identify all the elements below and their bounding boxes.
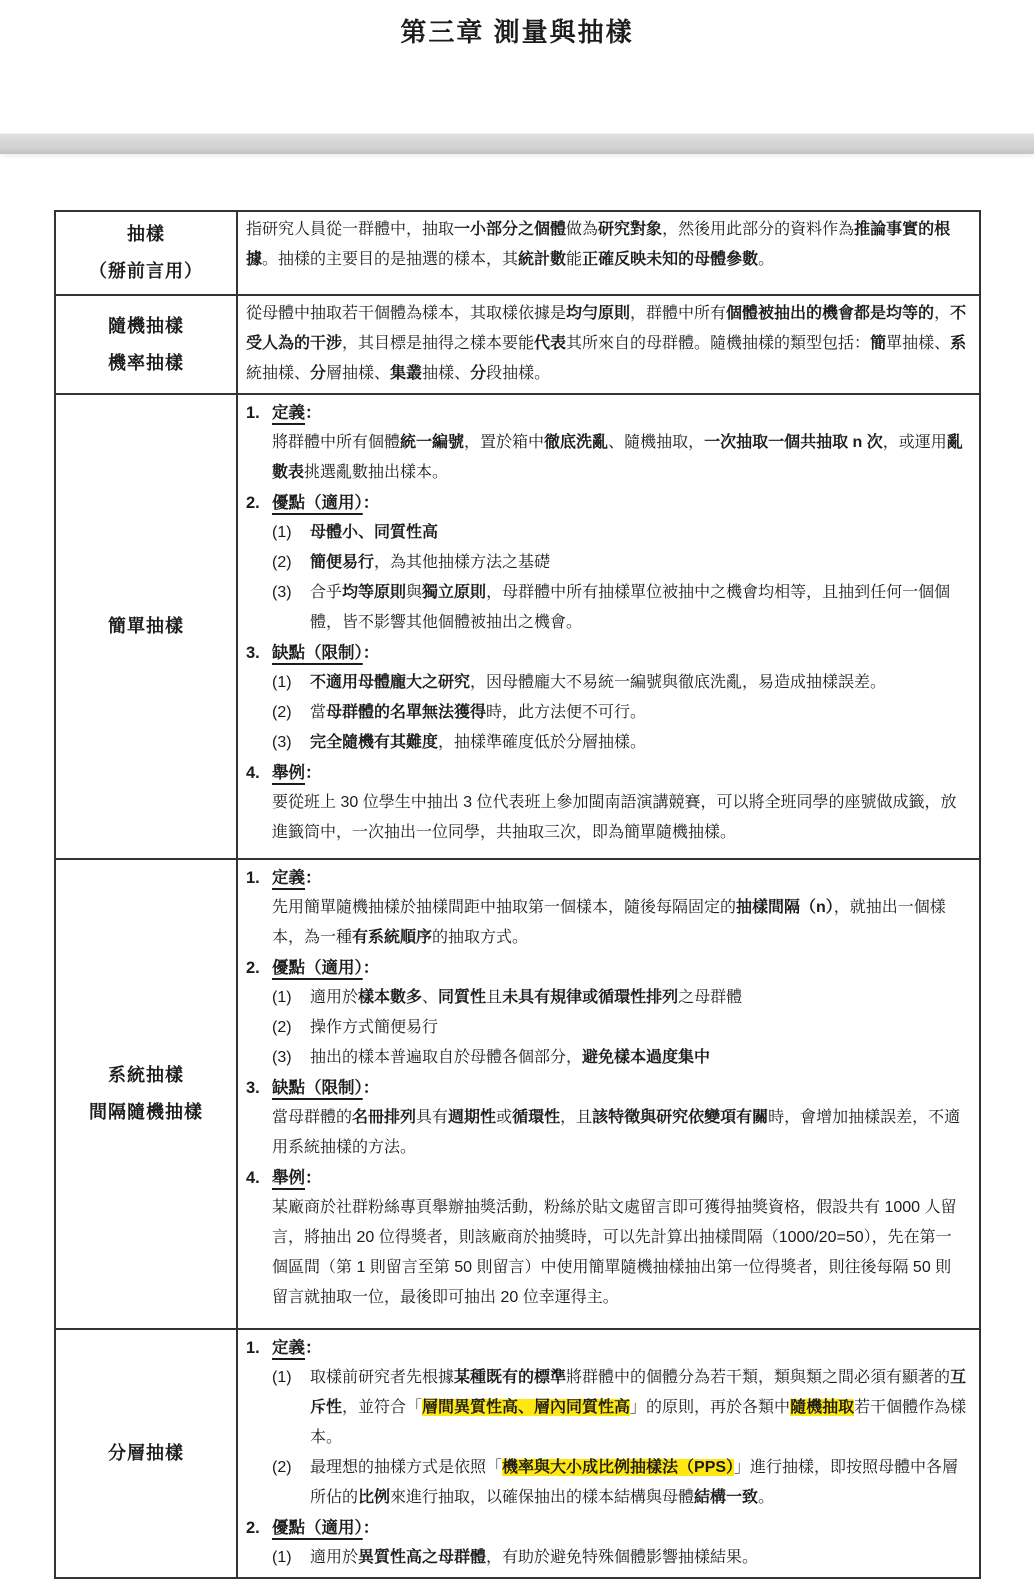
row-label: 分層抽樣 (56, 1330, 238, 1577)
block-heading: 1.定義： (246, 1333, 967, 1363)
block-text: 定義： (272, 1333, 967, 1363)
text-segment: 統一編號 (400, 434, 464, 451)
text-segment: ： (305, 764, 322, 782)
text-segment: 比例 (358, 1489, 390, 1506)
row-label: 抽樣（掰前言用） (56, 212, 238, 294)
block-heading: 4.舉例： (246, 1163, 967, 1193)
text-segment: 系 (950, 335, 966, 352)
text-segment: 分 (310, 365, 326, 382)
block-text: 指研究人員從一群體中，抽取一小部分之個體做為研究對象，然後用此部分的資料作為推論… (246, 215, 967, 275)
text-segment: 同質性 (438, 989, 486, 1006)
block-item: (3)抽出的樣本普遍取自於母體各個部分，避免樣本過度集中 (246, 1043, 967, 1073)
block-p0: 從母體中抽取若干個體為樣本，其取樣依據是均勻原則，群體中所有個體被抽出的機會都是… (246, 299, 967, 389)
text-segment: ，其目標是抽得之樣本要能 (342, 335, 534, 352)
block-number: 2. (246, 1513, 272, 1543)
block-item: (2)最理想的抽樣方式是依照「機率與大小成比例抽樣法（PPS）」進行抽樣，即按照… (246, 1453, 967, 1513)
text-segment: ，為其他抽樣方法之基礎 (374, 554, 550, 571)
text-segment: 要從班上 30 位學生中抽出 3 位代表班上參加閩南語演講競賽，可以將全班同學的… (272, 794, 956, 841)
block-heading: 4.舉例： (246, 758, 967, 788)
text-segment: 母體小、同質性高 (310, 524, 438, 541)
text-segment: 母群體的名單無法獲得 (326, 704, 486, 721)
text-segment: 適用於 (310, 989, 358, 1006)
block-number: (2) (272, 1013, 310, 1043)
text-segment: 當 (310, 704, 326, 721)
text-segment: 正確反映未知的母體參數 (582, 251, 758, 268)
row-content: 指研究人員從一群體中，抽取一小部分之個體做為研究對象，然後用此部分的資料作為推論… (238, 212, 979, 294)
text-segment: 舉例 (272, 1169, 305, 1187)
text-segment: 挑選亂數抽出樣本。 (304, 464, 448, 481)
block-number: 4. (246, 758, 272, 788)
block-text: 定義： (272, 398, 967, 428)
text-segment: 段抽樣。 (486, 365, 550, 382)
block-text: 優點（適用）： (272, 953, 967, 983)
text-segment: ，因母體龐大不易統一編號與徹底洗亂，易造成抽樣誤差。 (470, 674, 886, 691)
text-segment: 。 (758, 1489, 774, 1506)
text-segment: 個體被抽出的機會都是均等的 (726, 305, 934, 322)
row-label-line: 間隔隨機抽樣 (89, 1094, 203, 1131)
block-text: 從母體中抽取若干個體為樣本，其取樣依據是均勻原則，群體中所有個體被抽出的機會都是… (246, 299, 967, 389)
text-segment: 取樣前研究者先根據 (310, 1369, 454, 1386)
text-segment: 一次抽取一個共抽取 n 次 (704, 434, 883, 451)
text-segment: 做為 (566, 221, 598, 238)
text-segment: 層間異質性高、層內同質性高 (422, 1399, 630, 1416)
text-segment: 具有 (416, 1109, 448, 1126)
block-number: 3. (246, 1073, 272, 1103)
text-segment: ，或運用 (883, 434, 947, 451)
text-segment: 」的原則，再於各類中 (630, 1399, 790, 1416)
text-segment: 代表 (534, 335, 566, 352)
block-text: 抽出的樣本普遍取自於母體各個部分，避免樣本過度集中 (310, 1043, 967, 1073)
block-p: 要從班上 30 位學生中抽出 3 位代表班上參加閩南語演講競賽，可以將全班同學的… (246, 788, 967, 848)
table-row: 抽樣（掰前言用）指研究人員從一群體中，抽取一小部分之個體做為研究對象，然後用此部… (56, 212, 979, 296)
text-segment: 徹底洗亂 (544, 434, 608, 451)
text-segment: ： (305, 404, 322, 422)
block-heading: 2.優點（適用）： (246, 953, 967, 983)
text-segment: ， (934, 305, 950, 322)
block-number: (3) (272, 728, 310, 758)
text-segment: ，抽樣準確度低於分層抽樣。 (438, 734, 646, 751)
row-label: 簡單抽樣 (56, 395, 238, 858)
text-segment: 其所來自的母群體。隨機抽樣的類型包括： (566, 335, 870, 352)
text-segment: 將群體中的個體分為若干類，類與類之間必須有顯著的 (566, 1369, 950, 1386)
text-segment: 獨立原則 (422, 584, 486, 601)
block-text: 完全隨機有其難度，抽樣準確度低於分層抽樣。 (310, 728, 967, 758)
block-p0: 指研究人員從一群體中，抽取一小部分之個體做為研究對象，然後用此部分的資料作為推論… (246, 215, 967, 275)
text-segment: 能 (566, 251, 582, 268)
text-segment: 當母群體的 (272, 1109, 352, 1126)
text-segment: 結構一致 (694, 1489, 758, 1506)
block-number: 3. (246, 638, 272, 668)
text-segment: 未具有規律或循環性排列 (502, 989, 678, 1006)
block-text: 當母群體的名單無法獲得時，此方法便不可行。 (310, 698, 967, 728)
text-segment: 優點（適用） (272, 494, 363, 512)
text-segment: 適用於 (310, 1549, 358, 1566)
text-segment: ，群體中所有 (630, 305, 726, 322)
block-text: 將群體中所有個體統一編號，置於箱中徹底洗亂、隨機抽取，一次抽取一個共抽取 n 次… (272, 428, 967, 488)
block-text: 缺點（限制）： (272, 638, 967, 668)
block-number: (1) (272, 1363, 310, 1393)
block-heading: 3.缺點（限制）： (246, 1073, 967, 1103)
row-label-line: 系統抽樣 (108, 1057, 184, 1094)
block-text: 取樣前研究者先根據某種既有的標準將群體中的個體分為若干類，類與類之間必須有顯著的… (310, 1363, 967, 1453)
text-segment: 缺點（限制） (272, 644, 363, 662)
text-segment: 與 (406, 584, 422, 601)
text-segment: 簡便易行 (310, 554, 374, 571)
text-segment: 最理想的抽樣方式是依照「 (310, 1459, 502, 1476)
block-text: 優點（適用）： (272, 1513, 967, 1543)
text-segment: 完全隨機有其難度 (310, 734, 438, 751)
text-segment: 舉例 (272, 764, 305, 782)
block-heading: 1.定義： (246, 863, 967, 893)
text-segment: 。 (758, 251, 774, 268)
text-segment: 不適用母體龐大之研究 (310, 674, 470, 691)
text-segment: ： (363, 959, 380, 977)
text-segment: 統計數 (518, 251, 566, 268)
table-row: 簡單抽樣1.定義：將群體中所有個體統一編號，置於箱中徹底洗亂、隨機抽取，一次抽取… (56, 395, 979, 860)
text-segment: 將群體中所有個體 (272, 434, 400, 451)
block-number: (2) (272, 698, 310, 728)
row-label: 系統抽樣間隔隨機抽樣 (56, 860, 238, 1328)
text-segment: 、 (422, 989, 438, 1006)
block-number: 1. (246, 1333, 272, 1363)
block-p: 當母群體的名冊排列具有週期性或循環性，且該特徵與研究依變項有關時，會增加抽樣誤差… (246, 1103, 967, 1163)
row-content: 1.定義：(1)取樣前研究者先根據某種既有的標準將群體中的個體分為若干類，類與類… (238, 1330, 979, 1577)
text-segment: 來進行抽取，以確保抽出的樣本結構與母體 (390, 1489, 694, 1506)
block-text: 簡便易行，為其他抽樣方法之基礎 (310, 548, 967, 578)
block-number: (2) (272, 1453, 310, 1483)
text-segment: 的抽取方式。 (432, 929, 528, 946)
text-segment: 抽樣、 (422, 365, 470, 382)
text-segment: 且 (486, 989, 502, 1006)
row-content: 從母體中抽取若干個體為樣本，其取樣依據是均勻原則，群體中所有個體被抽出的機會都是… (238, 296, 979, 393)
text-segment: 名冊排列 (352, 1109, 416, 1126)
block-number: (1) (272, 983, 310, 1013)
block-item: (1)不適用母體龐大之研究，因母體龐大不易統一編號與徹底洗亂，易造成抽樣誤差。 (246, 668, 967, 698)
text-segment: 單抽樣、 (886, 335, 950, 352)
block-number: (2) (272, 548, 310, 578)
text-segment: ，置於箱中 (464, 434, 544, 451)
block-text: 當母群體的名冊排列具有週期性或循環性，且該特徵與研究依變項有關時，會增加抽樣誤差… (272, 1103, 967, 1163)
block-text: 優點（適用）： (272, 488, 967, 518)
block-item: (1)適用於異質性高之母群體，有助於避免特殊個體影響抽樣結果。 (246, 1543, 967, 1573)
text-segment: 或 (496, 1109, 512, 1126)
text-segment: 隨機抽取 (790, 1399, 854, 1416)
row-content: 1.定義：先用簡單隨機抽樣於抽樣間距中抽取第一個樣本，隨後每隔固定的抽樣間隔（n… (238, 860, 979, 1328)
text-segment: 週期性 (448, 1109, 496, 1126)
text-segment: 定義 (272, 404, 305, 422)
text-segment: 合乎 (310, 584, 342, 601)
block-number: (1) (272, 668, 310, 698)
text-segment: 異質性高之母群體 (358, 1549, 486, 1566)
text-segment: 均勻原則 (566, 305, 630, 322)
text-segment: 簡 (870, 335, 886, 352)
text-segment: ： (363, 1519, 380, 1537)
text-segment: 循環性 (512, 1109, 560, 1126)
text-segment: 。抽樣的主要目的是抽選的樣本，其 (262, 251, 518, 268)
block-number: 4. (246, 1163, 272, 1193)
table-row: 隨機抽樣機率抽樣從母體中抽取若干個體為樣本，其取樣依據是均勻原則，群體中所有個體… (56, 296, 979, 395)
text-segment: 定義 (272, 1339, 305, 1357)
text-segment: 有系統順序 (352, 929, 432, 946)
block-text: 最理想的抽樣方式是依照「機率與大小成比例抽樣法（PPS）」進行抽樣，即按照母體中… (310, 1453, 967, 1513)
text-segment: 抽出的樣本普遍取自於母體各個部分， (310, 1049, 582, 1066)
text-segment: ，並符合「 (342, 1399, 422, 1416)
row-label-line: （掰前言用） (89, 253, 203, 290)
block-text: 定義： (272, 863, 967, 893)
text-segment: ： (363, 494, 380, 512)
text-segment: 時，此方法便不可行。 (486, 704, 646, 721)
row-label: 隨機抽樣機率抽樣 (56, 296, 238, 393)
block-text: 不適用母體龐大之研究，因母體龐大不易統一編號與徹底洗亂，易造成抽樣誤差。 (310, 668, 967, 698)
block-text: 要從班上 30 位學生中抽出 3 位代表班上參加閩南語演講競賽，可以將全班同學的… (272, 788, 967, 848)
block-text: 先用簡單隨機抽樣於抽樣間距中抽取第一個樣本，隨後每隔固定的抽樣間隔（n），就抽出… (272, 893, 967, 953)
block-item: (3)合乎均等原則與獨立原則，母群體中所有抽樣單位被抽中之機會均相等，且抽到任何… (246, 578, 967, 638)
block-text: 適用於異質性高之母群體，有助於避免特殊個體影響抽樣結果。 (310, 1543, 967, 1573)
page-title: 第三章 測量與抽樣 (0, 12, 1034, 49)
block-item: (1)母體小、同質性高 (246, 518, 967, 548)
text-segment: 某廠商於社群粉絲專頁舉辦抽獎活動，粉絲於貼文處留言即可獲得抽獎資格，假設共有 1… (272, 1199, 957, 1306)
block-heading: 2.優點（適用）： (246, 1513, 967, 1543)
text-segment: ： (305, 869, 322, 887)
text-segment: 該特徵與研究依變項有關 (592, 1109, 768, 1126)
text-segment: 樣本數多 (358, 989, 422, 1006)
text-segment: 優點（適用） (272, 1519, 363, 1537)
block-number: (3) (272, 1043, 310, 1073)
text-segment: ： (305, 1169, 322, 1187)
sampling-table: 抽樣（掰前言用）指研究人員從一群體中，抽取一小部分之個體做為研究對象，然後用此部… (54, 210, 981, 1579)
block-number: (3) (272, 578, 310, 608)
block-text: 合乎均等原則與獨立原則，母群體中所有抽樣單位被抽中之機會均相等，且抽到任何一個個… (310, 578, 967, 638)
block-number: 2. (246, 488, 272, 518)
block-number: 1. (246, 398, 272, 428)
block-text: 舉例： (272, 758, 967, 788)
block-item: (3)完全隨機有其難度，抽樣準確度低於分層抽樣。 (246, 728, 967, 758)
text-segment: 指研究人員從一群體中，抽取 (246, 221, 454, 238)
block-item: (2)簡便易行，為其他抽樣方法之基礎 (246, 548, 967, 578)
text-segment: 集叢 (390, 365, 422, 382)
text-segment: 層抽樣、 (326, 365, 390, 382)
text-segment: 優點（適用） (272, 959, 363, 977)
text-segment: 從母體中抽取若干個體為樣本，其取樣依據是 (246, 305, 566, 322)
text-segment: ，且 (560, 1109, 592, 1126)
text-segment: 之母群體 (678, 989, 742, 1006)
block-p: 將群體中所有個體統一編號，置於箱中徹底洗亂、隨機抽取，一次抽取一個共抽取 n 次… (246, 428, 967, 488)
text-segment: 先用簡單隨機抽樣於抽樣間距中抽取第一個樣本，隨後每隔固定的 (272, 899, 736, 916)
page-separator (0, 133, 1034, 154)
block-heading: 3.缺點（限制）： (246, 638, 967, 668)
text-segment: 、隨機抽取， (608, 434, 704, 451)
text-segment: ： (363, 644, 380, 662)
text-segment: 分 (470, 365, 486, 382)
text-segment: 避免樣本過度集中 (582, 1049, 710, 1066)
text-segment: ，然後用此部分的資料作為 (662, 221, 854, 238)
document-page: 第三章 測量與抽樣 抽樣（掰前言用）指研究人員從一群體中，抽取一小部分之個體做為… (0, 0, 1034, 1586)
block-text: 缺點（限制）： (272, 1073, 967, 1103)
block-text: 適用於樣本數多、同質性且未具有規律或循環性排列之母群體 (310, 983, 967, 1013)
block-p: 先用簡單隨機抽樣於抽樣間距中抽取第一個樣本，隨後每隔固定的抽樣間隔（n），就抽出… (246, 893, 967, 953)
block-heading: 1.定義： (246, 398, 967, 428)
block-item: (2)操作方式簡便易行 (246, 1013, 967, 1043)
text-segment: ： (363, 1079, 380, 1097)
text-segment: 操作方式簡便易行 (310, 1019, 438, 1036)
text-segment: 抽樣間隔（n） (736, 899, 834, 916)
table-row: 系統抽樣間隔隨機抽樣1.定義：先用簡單隨機抽樣於抽樣間距中抽取第一個樣本，隨後每… (56, 860, 979, 1330)
block-text: 某廠商於社群粉絲專頁舉辦抽獎活動，粉絲於貼文處留言即可獲得抽獎資格，假設共有 1… (272, 1193, 967, 1313)
text-segment: 機率與大小成比例抽樣法（PPS） (502, 1459, 734, 1476)
row-label-line: 隨機抽樣 (108, 308, 184, 345)
text-segment: 統抽樣、 (246, 365, 310, 382)
block-text: 母體小、同質性高 (310, 518, 967, 548)
text-segment: 定義 (272, 869, 305, 887)
text-segment: ： (305, 1339, 322, 1357)
text-segment: 缺點（限制） (272, 1079, 363, 1097)
text-segment: 某種既有的標準 (454, 1369, 566, 1386)
row-label-line: 抽樣 (127, 216, 165, 253)
block-p: 某廠商於社群粉絲專頁舉辦抽獎活動，粉絲於貼文處留言即可獲得抽獎資格，假設共有 1… (246, 1193, 967, 1313)
block-heading: 2.優點（適用）： (246, 488, 967, 518)
block-item: (1)適用於樣本數多、同質性且未具有規律或循環性排列之母群體 (246, 983, 967, 1013)
row-label-line: 機率抽樣 (108, 345, 184, 382)
block-number: 2. (246, 953, 272, 983)
row-content: 1.定義：將群體中所有個體統一編號，置於箱中徹底洗亂、隨機抽取，一次抽取一個共抽… (238, 395, 979, 858)
text-segment: 一小部分之個體 (454, 221, 566, 238)
block-text: 舉例： (272, 1163, 967, 1193)
block-text: 操作方式簡便易行 (310, 1013, 967, 1043)
block-number: (1) (272, 1543, 310, 1573)
block-number: 1. (246, 863, 272, 893)
block-item: (2)當母群體的名單無法獲得時，此方法便不可行。 (246, 698, 967, 728)
text-segment: 研究對象 (598, 221, 662, 238)
block-number: (1) (272, 518, 310, 548)
table-row: 分層抽樣1.定義：(1)取樣前研究者先根據某種既有的標準將群體中的個體分為若干類… (56, 1330, 979, 1577)
row-label-line: 分層抽樣 (108, 1435, 184, 1472)
block-item: (1)取樣前研究者先根據某種既有的標準將群體中的個體分為若干類，類與類之間必須有… (246, 1363, 967, 1453)
row-label-line: 簡單抽樣 (108, 608, 184, 645)
text-segment: 均等原則 (342, 584, 406, 601)
text-segment: ，有助於避免特殊個體影響抽樣結果。 (486, 1549, 758, 1566)
